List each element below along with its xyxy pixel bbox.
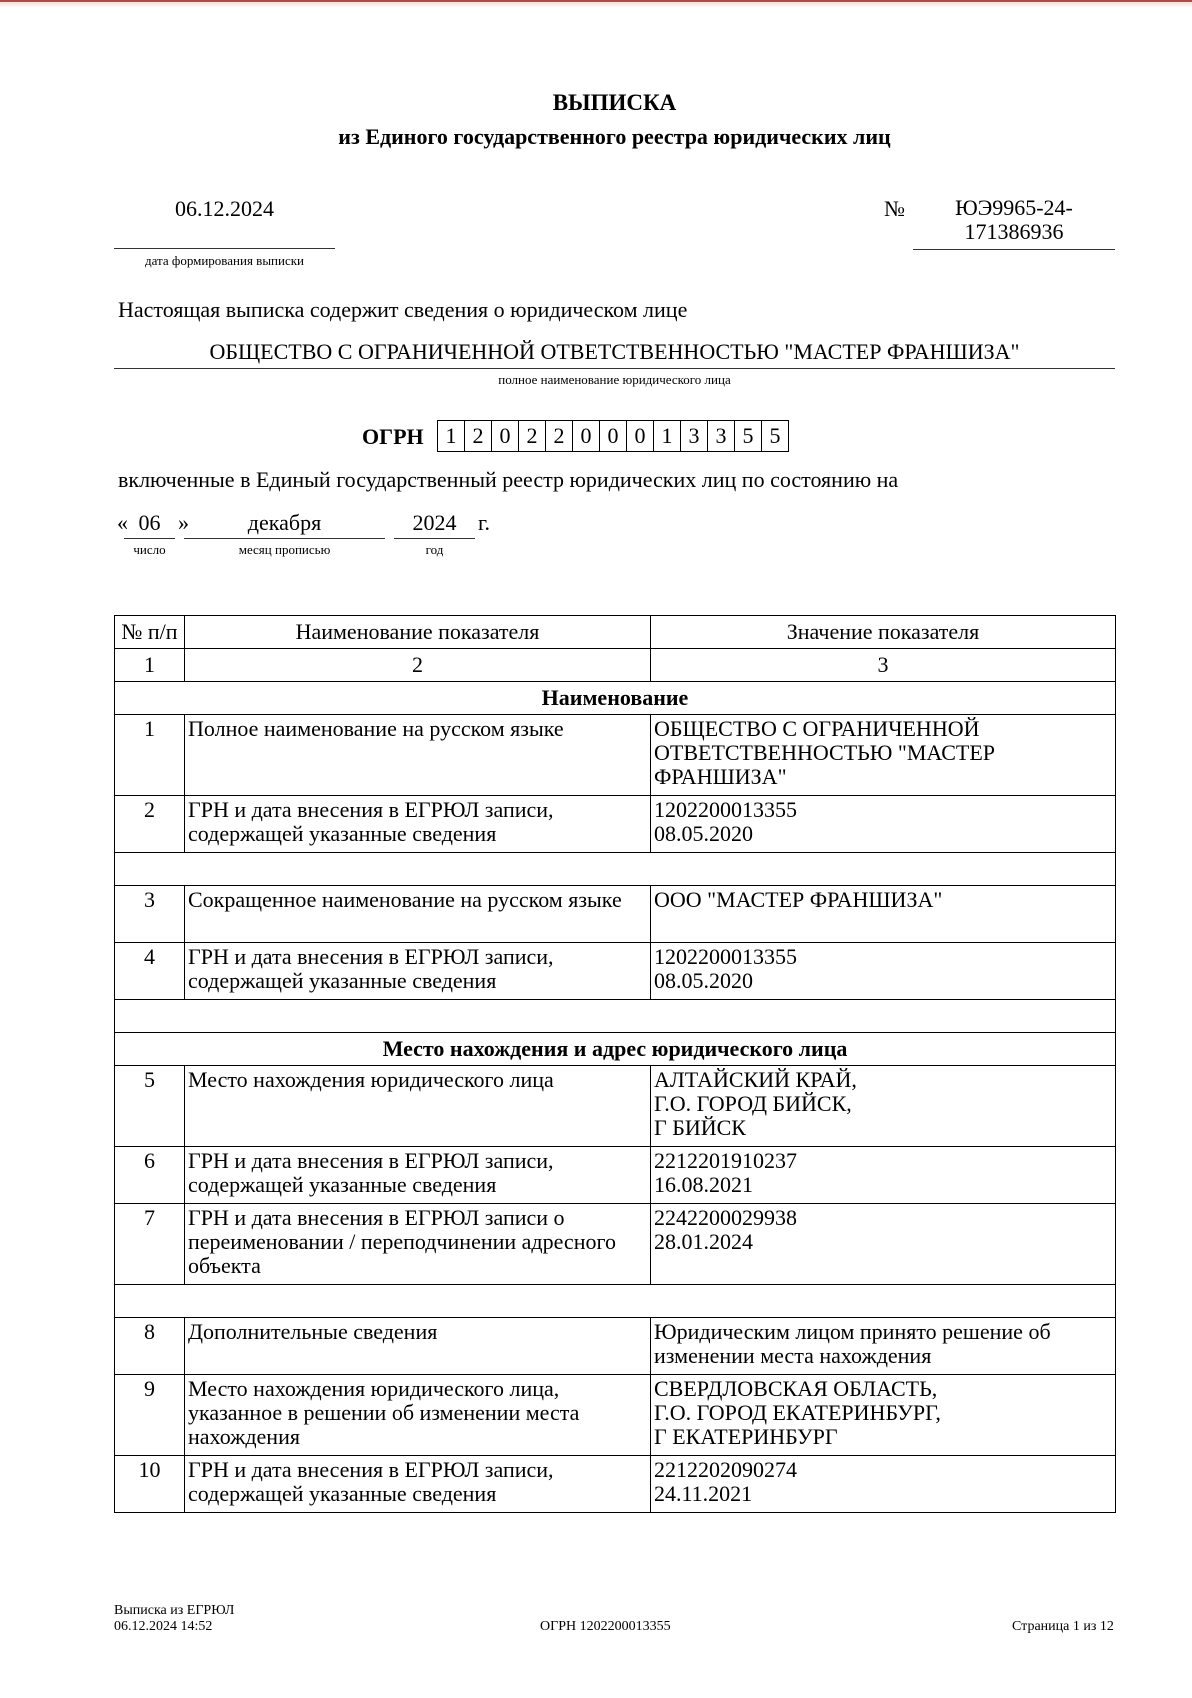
footer-page-number: Страница 1 из 12 [1012, 1619, 1114, 1635]
row-number: 7 [115, 1204, 185, 1285]
table-row: 3Сокращенное наименование на русском язы… [115, 886, 1116, 943]
indicator-name: ГРН и дата внесения в ЕГРЮЛ записи о пер… [185, 1204, 651, 1285]
company-name-caption: полное наименование юридического лица [114, 372, 1115, 388]
ogrn-digit-box: 5 [762, 420, 789, 452]
intro-text: Настоящая выписка содержит сведения о юр… [118, 297, 687, 323]
as-of-day: 06 [124, 510, 175, 536]
year-underline [394, 538, 475, 539]
document-title: ВЫПИСКА [114, 90, 1115, 116]
as-of-month: декабря [184, 510, 385, 536]
indicator-value: 1202200013355 08.05.2020 [651, 943, 1116, 1000]
included-text: включенные в Единый государственный реес… [118, 467, 898, 493]
table-spacer-row [115, 1000, 1116, 1033]
table-section-row: Место нахождения и адрес юридического ли… [115, 1033, 1116, 1066]
indicator-name: Полное наименование на русском языке [185, 715, 651, 796]
window-top-shadow [0, 2, 1192, 8]
extract-number: ЮЭ9965-24-171386936 [913, 196, 1115, 244]
ogrn-digit-box: 3 [681, 420, 708, 452]
indicator-value: Юридическим лицом принято решение об изм… [651, 1318, 1116, 1375]
indicator-name: Сокращенное наименование на русском язык… [185, 886, 651, 943]
row-number: 10 [115, 1456, 185, 1513]
header-number: № п/п [115, 616, 185, 649]
indicator-name: ГРН и дата внесения в ЕГРЮЛ записи, соде… [185, 796, 651, 853]
register-table: № п/п Наименование показателя Значение п… [114, 615, 1116, 1513]
spacer-cell [115, 1000, 1116, 1033]
day-underline [124, 538, 175, 539]
month-caption: месяц прописью [184, 542, 385, 558]
spacer-cell [115, 1285, 1116, 1318]
ogrn-digit-box: 5 [735, 420, 762, 452]
footer-doc-info: Выписка из ЕГРЮЛ 06.12.2024 14:52 [114, 1603, 234, 1635]
indicator-value: ОБЩЕСТВО С ОГРАНИЧЕННОЙ ОТВЕТСТВЕННОСТЬЮ… [651, 715, 1116, 796]
generation-date: 06.12.2024 [114, 196, 335, 222]
footer-doc-name: Выписка из ЕГРЮЛ [114, 1603, 234, 1619]
indicator-value: 2212202090274 24.11.2021 [651, 1456, 1116, 1513]
ogrn-digit-box: 0 [492, 420, 519, 452]
as-of-year: 2024 [394, 510, 475, 536]
extract-number-underline [913, 249, 1115, 250]
indicator-name: Место нахождения юридического лица, указ… [185, 1375, 651, 1456]
table-row: 4ГРН и дата внесения в ЕГРЮЛ записи, сод… [115, 943, 1116, 1000]
generation-date-caption: дата формирования выписки [114, 253, 335, 269]
indicator-name: ГРН и дата внесения в ЕГРЮЛ записи, соде… [185, 1456, 651, 1513]
ogrn-digit-box: 3 [708, 420, 735, 452]
table-row: 8Дополнительные сведенияЮридическим лицо… [115, 1318, 1116, 1375]
table-section-row: Наименование [115, 682, 1116, 715]
header-indicator-value: Значение показателя [651, 616, 1116, 649]
column-number-3: 3 [651, 649, 1116, 682]
section-title: Наименование [115, 682, 1116, 715]
table-row: 10ГРН и дата внесения в ЕГРЮЛ записи, со… [115, 1456, 1116, 1513]
table-header-row: № п/п Наименование показателя Значение п… [115, 616, 1116, 649]
generation-date-underline [114, 248, 335, 249]
row-number: 9 [115, 1375, 185, 1456]
year-caption: год [394, 542, 475, 558]
indicator-value: 2212201910237 16.08.2021 [651, 1147, 1116, 1204]
header-indicator-name: Наименование показателя [185, 616, 651, 649]
footer-timestamp: 06.12.2024 14:52 [114, 1619, 234, 1635]
ogrn-digit-box: 1 [438, 420, 465, 452]
table-spacer-row [115, 1285, 1116, 1318]
number-sign: № [884, 196, 905, 222]
ogrn-digit-box: 0 [600, 420, 627, 452]
row-number: 3 [115, 886, 185, 943]
indicator-name: Дополнительные сведения [185, 1318, 651, 1375]
row-number: 8 [115, 1318, 185, 1375]
table-row: 2ГРН и дата внесения в ЕГРЮЛ записи, сод… [115, 796, 1116, 853]
ogrn-digit-box: 2 [465, 420, 492, 452]
year-suffix: г. [478, 510, 490, 536]
indicator-value: АЛТАЙСКИЙ КРАЙ, Г.О. ГОРОД БИЙСК, Г БИЙС… [651, 1066, 1116, 1147]
ogrn-digit-box: 2 [519, 420, 546, 452]
row-number: 2 [115, 796, 185, 853]
indicator-name: ГРН и дата внесения в ЕГРЮЛ записи, соде… [185, 1147, 651, 1204]
day-caption: число [124, 542, 175, 558]
row-number: 1 [115, 715, 185, 796]
column-number-2: 2 [185, 649, 651, 682]
indicator-value: ООО "МАСТЕР ФРАНШИЗА" [651, 886, 1116, 943]
ogrn-digit-box: 0 [573, 420, 600, 452]
indicator-value: 2242200029938 28.01.2024 [651, 1204, 1116, 1285]
ogrn-digit-box: 1 [654, 420, 681, 452]
row-number: 6 [115, 1147, 185, 1204]
spacer-cell [115, 853, 1116, 886]
indicator-value: 1202200013355 08.05.2020 [651, 796, 1116, 853]
ogrn-digit-boxes: 1202200013355 [437, 420, 789, 452]
row-number: 4 [115, 943, 185, 1000]
table-row: 9Место нахождения юридического лица, ука… [115, 1375, 1116, 1456]
table-row: 6ГРН и дата внесения в ЕГРЮЛ записи, сод… [115, 1147, 1116, 1204]
document-subtitle: из Единого государственного реестра юрид… [114, 124, 1115, 150]
table-column-numbers-row: 1 2 3 [115, 649, 1116, 682]
table-row: 5Место нахождения юридического лицаАЛТАЙ… [115, 1066, 1116, 1147]
footer-ogrn: ОГРН 1202200013355 [540, 1619, 671, 1635]
indicator-name: Место нахождения юридического лица [185, 1066, 651, 1147]
row-number: 5 [115, 1066, 185, 1147]
table-row: 1Полное наименование на русском языкеОБЩ… [115, 715, 1116, 796]
ogrn-digit-box: 0 [627, 420, 654, 452]
company-full-name: ОБЩЕСТВО С ОГРАНИЧЕННОЙ ОТВЕТСТВЕННОСТЬЮ… [114, 339, 1115, 365]
table-row: 7ГРН и дата внесения в ЕГРЮЛ записи о пе… [115, 1204, 1116, 1285]
ogrn-digit-box: 2 [546, 420, 573, 452]
section-title: Место нахождения и адрес юридического ли… [115, 1033, 1116, 1066]
month-underline [184, 538, 385, 539]
indicator-name: ГРН и дата внесения в ЕГРЮЛ записи, соде… [185, 943, 651, 1000]
column-number-1: 1 [115, 649, 185, 682]
indicator-value: СВЕРДЛОВСКАЯ ОБЛАСТЬ, Г.О. ГОРОД ЕКАТЕРИ… [651, 1375, 1116, 1456]
table-spacer-row [115, 853, 1116, 886]
ogrn-label: ОГРН [362, 424, 424, 450]
company-name-underline [114, 368, 1115, 369]
